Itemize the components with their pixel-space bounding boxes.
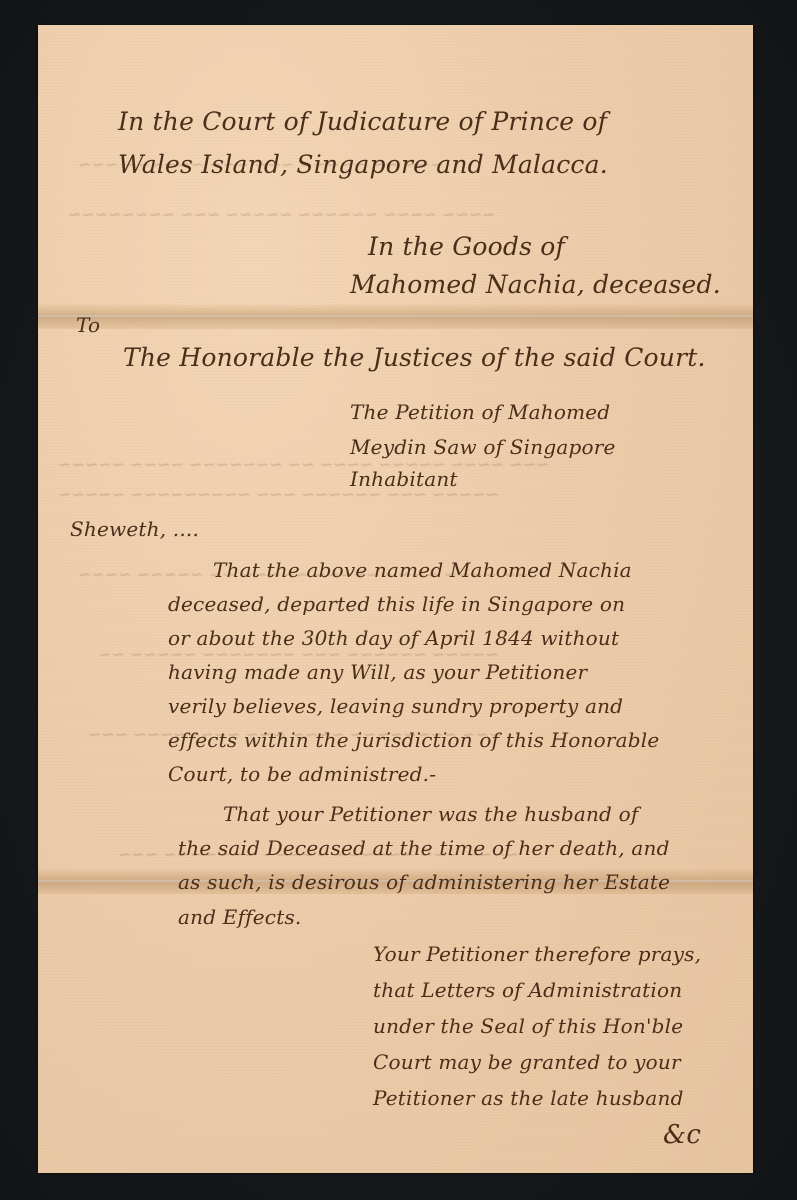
court-heading-line-2: Wales Island, Singapore and Malacca.	[118, 150, 608, 179]
scan-background: ~~~ ~~ ~~~~~ ~~~ ~~~ ~~~~~~ ~~~ ~~~~ ~~~…	[0, 0, 797, 1200]
paragraph-1-line: or about the 30th day of April 1844 with…	[168, 626, 619, 650]
paragraph-2-line: as such, is desirous of administering he…	[178, 870, 670, 894]
catchword: &c	[663, 1120, 701, 1150]
matter-line-2: Mahomed Nachia, deceased.	[350, 270, 721, 299]
paragraph-2-line: That your Petitioner was the husband of	[223, 802, 638, 826]
bleed-through-text: ~~~~ ~~~~ ~~~~~~ ~~~~~ ~~~ ~~~~~~~~	[68, 205, 496, 224]
paragraph-1-line: having made any Will, as your Petitioner	[168, 660, 587, 684]
prayer-line: that Letters of Administration	[373, 978, 682, 1002]
paragraph-1-line: effects within the jurisdiction of this …	[168, 728, 659, 752]
prayer-line: Court may be granted to your	[373, 1050, 681, 1074]
address-line: The Honorable the Justices of the said C…	[123, 343, 706, 372]
petition-of-line-3: Inhabitant	[350, 467, 458, 491]
petition-of-line-1: The Petition of Mahomed	[350, 400, 610, 424]
sheweth: Sheweth, ....	[70, 517, 199, 541]
address-to: To	[76, 313, 100, 337]
matter-line-1: In the Goods of	[368, 232, 565, 261]
paragraph-2-line: the said Deceased at the time of her dea…	[178, 836, 670, 860]
paragraph-1-line: Court, to be administred.-	[168, 762, 436, 786]
prayer-line: under the Seal of this Hon'ble	[373, 1014, 683, 1038]
paragraph-1-line: verily believes, leaving sundry property…	[168, 694, 623, 718]
fold-line	[38, 303, 753, 329]
prayer-line: Petitioner as the late husband	[373, 1086, 684, 1110]
petition-of-line-2: Meydin Saw of Singapore	[350, 435, 616, 459]
paragraph-2-line: and Effects.	[178, 905, 301, 929]
court-heading-line-1: In the Court of Judicature of Prince of	[118, 107, 607, 136]
prayer-line: Your Petitioner therefore prays,	[373, 942, 701, 966]
paragraph-1-line: That the above named Mahomed Nachia	[213, 558, 632, 582]
paragraph-1-line: deceased, departed this life in Singapor…	[168, 592, 625, 616]
manuscript-page: ~~~ ~~ ~~~~~ ~~~ ~~~ ~~~~~~ ~~~ ~~~~ ~~~…	[38, 25, 753, 1173]
